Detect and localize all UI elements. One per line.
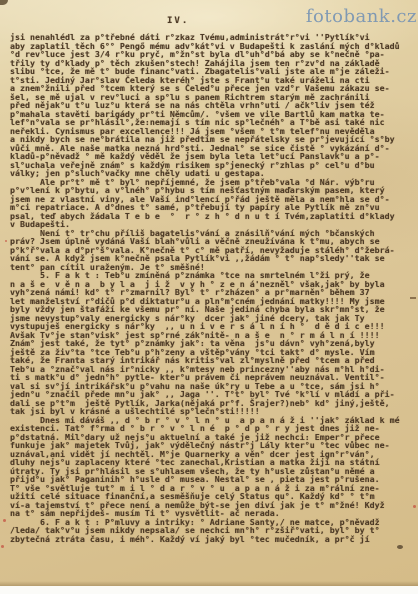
scanned-letter-page: fotobank.cz IV. jsi nenahlédl za p°třebn… — [0, 0, 418, 594]
page-number: IV. — [167, 16, 189, 26]
paragraph: Ale pr°t° mě t° byl° nepříjemné, že jsem… — [10, 178, 416, 229]
margin-dash-mark — [410, 297, 416, 299]
fotobank-watermark: fotobank.cz — [306, 6, 417, 27]
text-line: zbytečná ztráta času, i méh°. Každý ví j… — [10, 535, 416, 544]
red-dot-mark — [5, 240, 7, 242]
paragraph: 5. F a k t : Teb°u zmíněná p°známka °tce… — [10, 271, 416, 416]
red-dot-mark — [1, 545, 4, 548]
stain-mark — [397, 545, 403, 549]
paragraph: 6. F a k t : P°mluvy a intriky: ° Adrian… — [10, 518, 416, 544]
paragraph: jsi nenahlédl za p°třebné dáti r°zkaz Tv… — [10, 33, 416, 178]
text-line: psal, teď abych žádala T e b e ° r ° z h… — [10, 212, 416, 221]
paragraph: Dnes mi dáváš ,, d ° b r ° v ° l n ° u a… — [10, 416, 416, 518]
red-dot-mark — [413, 505, 416, 508]
paper-torn-edge — [0, 581, 418, 586]
letter-body: jsi nenahlédl za p°třebné dáti r°zkaz Tv… — [10, 33, 416, 543]
red-dot-mark — [3, 519, 6, 522]
paragraph: Není t° tr°chu příliš bagatelis°vání a z… — [10, 229, 416, 272]
